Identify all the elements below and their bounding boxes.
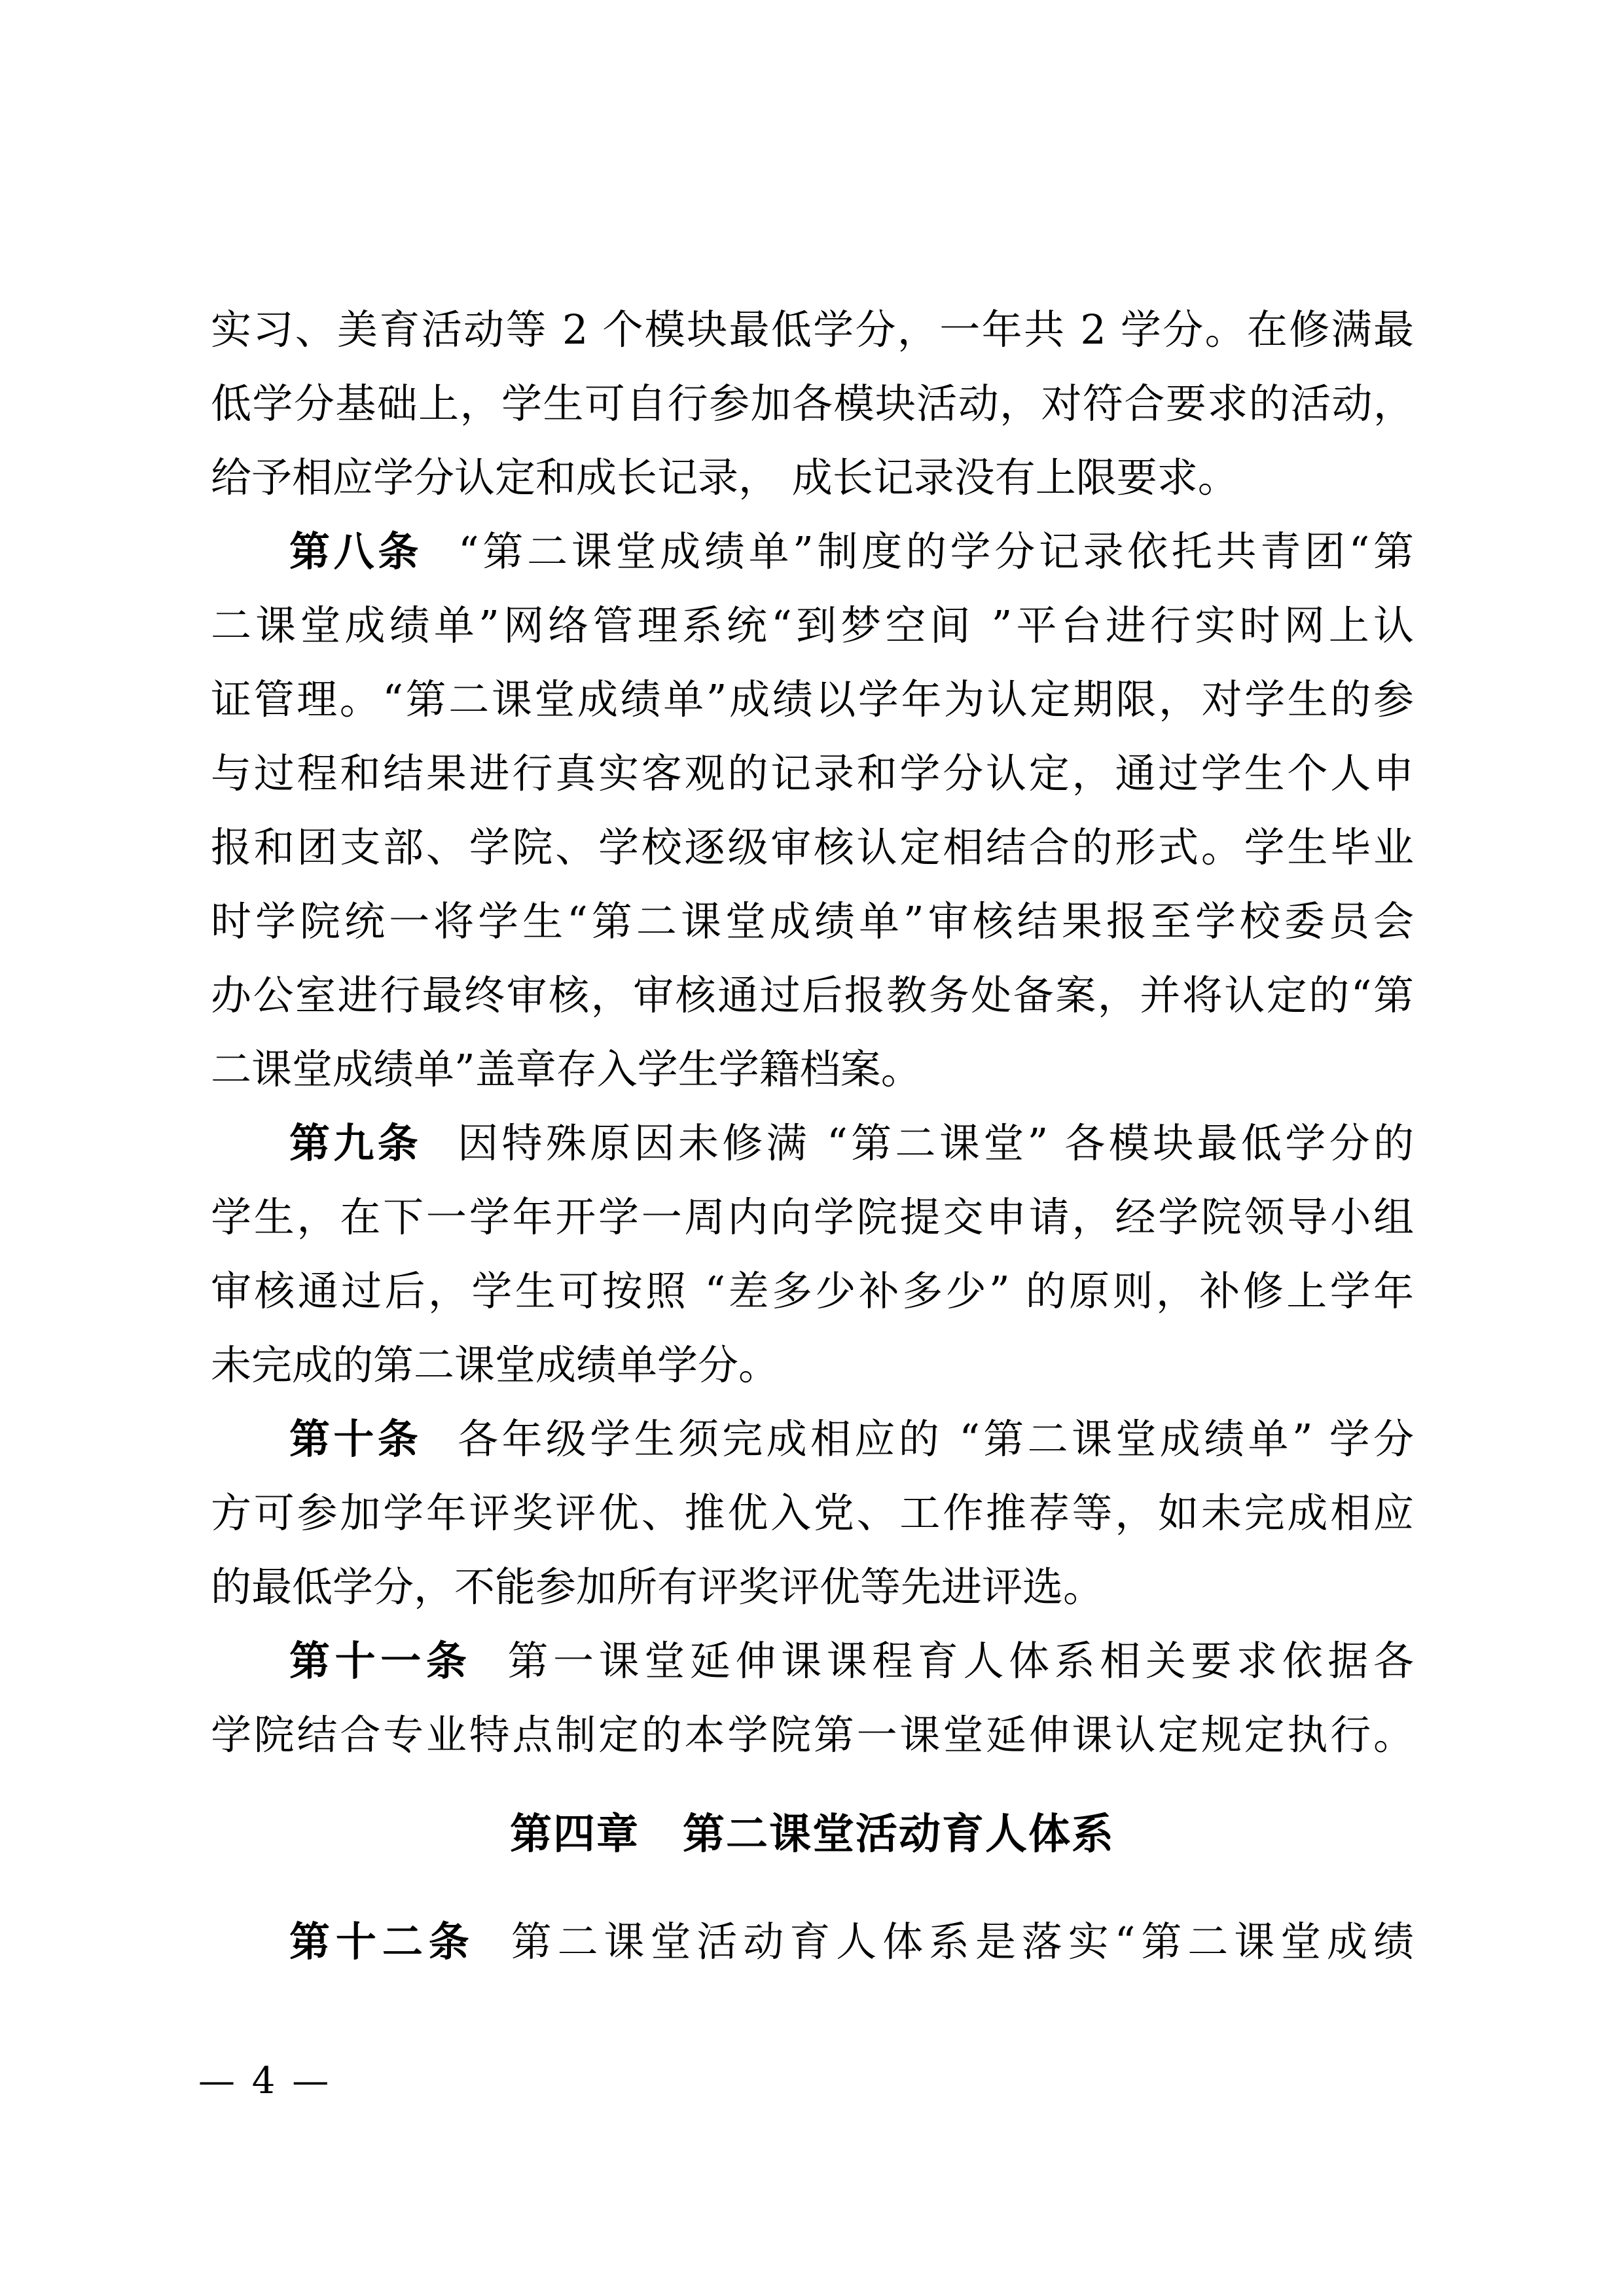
body-line: 二课堂成绩单”盖章存入学生学籍档案。 [211, 1032, 1414, 1106]
body-line-text: 低学分基础上，学生可自行参加各模块活动，对符合要求的活动， [211, 380, 1414, 427]
body-line-text: 二课堂成绩单”网络管理系统“到梦空间 ”平台进行实时网上认 [211, 601, 1414, 649]
article-line: 第十一条第一课堂延伸课课程育人体系相关要求依据各 [211, 1624, 1414, 1698]
body-line-text: 学生，在下一学年开学一周内向学院提交申请，经学院领导小组 [211, 1193, 1414, 1241]
body-line-text: 实习、美育活动等 2 个模块最低学分，一年共 2 学分。在修满最 [211, 306, 1414, 353]
body-line: 未完成的第二课堂成绩单学分。 [211, 1328, 1414, 1402]
article-number: 第十一条 [289, 1637, 471, 1685]
body-line: 与过程和结果进行真实客观的记录和学分认定，通过学生个人申 [211, 736, 1414, 810]
body-line: 报和团支部、学院、学校逐级审核认定相结合的形式。学生毕业 [211, 810, 1414, 884]
chapter-heading: 第四章 第二课堂活动育人体系 [211, 1798, 1414, 1872]
article-line: 第十二条第二课堂活动育人体系是落实“第二课堂成绩 [211, 1905, 1414, 1979]
body-line-text: 与过程和结果进行真实客观的记录和学分认定，通过学生个人申 [211, 749, 1414, 797]
body-line-text: 学院结合专业特点制定的本学院第一课堂延伸课认定规定执行。 [211, 1711, 1414, 1759]
article-line: 第十条各年级学生须完成相应的 “第二课堂成绩单” 学分 [211, 1402, 1414, 1476]
body-line: 审核通过后，学生可按照 “差多少补多少” 的原则，补修上学年 [211, 1254, 1414, 1328]
body-line-text: 未完成的第二课堂成绩单学分。 [211, 1341, 779, 1389]
article-line: 第九条因特殊原因未修满 “第二课堂” 各模块最低学分的 [211, 1106, 1414, 1180]
article-number: 第八条 [289, 528, 422, 575]
body-line-text: 各年级学生须完成相应的 “第二课堂成绩单” 学分 [458, 1415, 1414, 1463]
document-page: 实习、美育活动等 2 个模块最低学分，一年共 2 学分。在修满最 低学分基础上，… [0, 0, 1624, 2296]
body-line-text: 第二课堂活动育人体系是落实“第二课堂成绩 [511, 1918, 1414, 1965]
body-line-text: “第二课堂成绩单”制度的学分记录依托共青团“第 [458, 528, 1414, 575]
body-line: 时学院统一将学生“第二课堂成绩单”审核结果报至学校委员会 [211, 884, 1414, 958]
article-number: 第十条 [289, 1415, 422, 1463]
body-line: 方可参加学年评奖评优、推优入党、工作推荐等，如未完成相应 [211, 1476, 1414, 1550]
body-line: 学院结合专业特点制定的本学院第一课堂延伸课认定规定执行。 [211, 1698, 1414, 1772]
body-line-text: 办公室进行最终审核，审核通过后报教务处备案，并将认定的“第 [211, 971, 1414, 1019]
body-line-text: 证管理。“第二课堂成绩单”成绩以学年为认定期限，对学生的参 [211, 675, 1414, 723]
body-line: 证管理。“第二课堂成绩单”成绩以学年为认定期限，对学生的参 [211, 662, 1414, 736]
body-line: 给予相应学分认定和成长记录， 成长记录没有上限要求。 [211, 440, 1414, 514]
body-line: 低学分基础上，学生可自行参加各模块活动，对符合要求的活动， [211, 367, 1414, 440]
article-line: 第八条“第二课堂成绩单”制度的学分记录依托共青团“第 [211, 514, 1414, 588]
body-line-text: 时学院统一将学生“第二课堂成绩单”审核结果报至学校委员会 [211, 897, 1414, 945]
document-body: 实习、美育活动等 2 个模块最低学分，一年共 2 学分。在修满最 低学分基础上，… [211, 293, 1414, 1979]
body-line: 二课堂成绩单”网络管理系统“到梦空间 ”平台进行实时网上认 [211, 588, 1414, 662]
body-line: 学生，在下一学年开学一周内向学院提交申请，经学院领导小组 [211, 1180, 1414, 1254]
body-line: 的最低学分，不能参加所有评奖评优等先进评选。 [211, 1550, 1414, 1624]
body-line-text: 因特殊原因未修满 “第二课堂” 各模块最低学分的 [458, 1119, 1414, 1167]
article-number: 第十二条 [289, 1918, 475, 1965]
body-line-text: 的最低学分，不能参加所有评奖评优等先进评选。 [211, 1563, 1104, 1611]
body-line-text: 报和团支部、学院、学校逐级审核认定相结合的形式。学生毕业 [211, 823, 1414, 871]
body-line: 办公室进行最终审核，审核通过后报教务处备案，并将认定的“第 [211, 958, 1414, 1032]
body-line-text: 二课堂成绩单”盖章存入学生学籍档案。 [211, 1045, 922, 1093]
body-line-text: 审核通过后，学生可按照 “差多少补多少” 的原则，补修上学年 [211, 1267, 1414, 1315]
body-line-text: 方可参加学年评奖评优、推优入党、工作推荐等，如未完成相应 [211, 1489, 1414, 1537]
body-line: 实习、美育活动等 2 个模块最低学分，一年共 2 学分。在修满最 [211, 293, 1414, 367]
page-number: — 4 — [198, 2060, 331, 2102]
body-line-text: 第一课堂延伸课课程育人体系相关要求依据各 [507, 1637, 1414, 1685]
article-number: 第九条 [289, 1119, 422, 1167]
body-line-text: 给予相应学分认定和成长记录， 成长记录没有上限要求。 [211, 454, 1238, 501]
